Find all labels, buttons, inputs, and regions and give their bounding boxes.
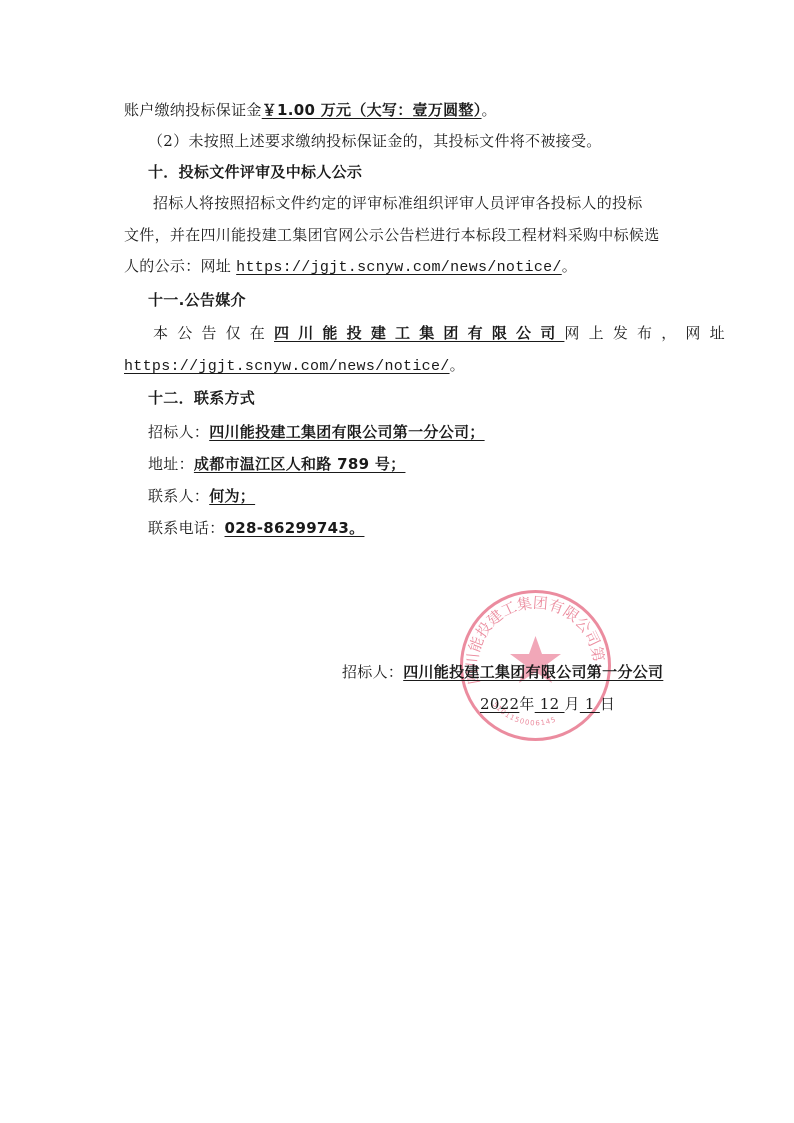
deposit-rule-line: （2）未按照上述要求缴纳投标保证金的，其投标文件将不被接受。 bbox=[148, 131, 602, 151]
url-label: 人的公示：网址 bbox=[124, 257, 236, 275]
signature-tenderer: 招标人：四川能投建工集团有限公司第一分公司 bbox=[342, 662, 663, 682]
month-unit: 月 bbox=[565, 695, 580, 713]
section-10-heading: 十．投标文件评审及中标人公示 bbox=[148, 162, 362, 182]
contact-label: 联系人： bbox=[148, 487, 209, 505]
company-name: 四川能投建工集团有限公司 bbox=[274, 324, 564, 342]
section-12-heading: 十二．联系方式 bbox=[148, 388, 255, 408]
contact-phone: 联系电话：028-86299743。 bbox=[148, 518, 364, 538]
section-11-paragraph-line-2: https://jgjt.scnyw.com/news/notice/。 bbox=[124, 355, 465, 377]
deposit-amount: ￥1.00 万元（大写：壹万圆整） bbox=[262, 101, 482, 119]
contact-person: 联系人：何为； bbox=[148, 486, 255, 506]
address-label: 地址： bbox=[148, 455, 194, 473]
period: 。 bbox=[562, 257, 577, 275]
section-10-paragraph-line-3: 人的公示：网址 https://jgjt.scnyw.com/news/noti… bbox=[124, 256, 577, 278]
day-unit: 日 bbox=[600, 695, 615, 713]
contact-value: 何为； bbox=[209, 487, 255, 505]
section-10-paragraph-line-1: 招标人将按照招标文件约定的评审标准组织评审人员评审各投标人的投标 bbox=[153, 193, 643, 213]
date-month: 12 bbox=[535, 695, 565, 713]
section-11-heading: 十一.公告媒介 bbox=[148, 290, 246, 310]
signature-date: 2022年 12 月 1 日 bbox=[480, 694, 615, 714]
tenderer-value: 四川能投建工集团有限公司第一分公司； bbox=[209, 423, 484, 441]
tenderer-label: 招标人： bbox=[148, 423, 209, 441]
date-year: 2022 bbox=[480, 695, 519, 713]
year-unit: 年 bbox=[519, 695, 534, 713]
media-prefix: 本公告仅在 bbox=[153, 324, 274, 342]
deposit-suffix: 。 bbox=[482, 101, 497, 119]
signature-company: 四川能投建工集团有限公司第一分公司 bbox=[403, 663, 663, 681]
deposit-prefix: 账户缴纳投标保证金 bbox=[124, 101, 262, 119]
address-value: 成都市温江区人和路 789 号； bbox=[194, 455, 406, 473]
date-day: 1 bbox=[580, 695, 600, 713]
phone-label: 联系电话： bbox=[148, 519, 225, 537]
section-11-paragraph-line-1: 本公告仅在四川能投建工集团有限公司网上发布，网址 bbox=[153, 323, 734, 343]
contact-tenderer: 招标人：四川能投建工集团有限公司第一分公司； bbox=[148, 422, 485, 442]
contact-address: 地址：成都市温江区人和路 789 号； bbox=[148, 454, 405, 474]
signature-label: 招标人： bbox=[342, 663, 403, 681]
notice-url-link[interactable]: https://jgjt.scnyw.com/news/notice/ bbox=[236, 259, 562, 276]
deposit-line: 账户缴纳投标保证金￥1.00 万元（大写：壹万圆整）。 bbox=[124, 100, 497, 120]
notice-url-link[interactable]: https://jgjt.scnyw.com/news/notice/ bbox=[124, 358, 450, 375]
section-10-paragraph-line-2: 文件，并在四川能投建工集团官网公示公告栏进行本标段工程材料采购中标候选 bbox=[124, 225, 660, 245]
media-suffix: 网上发布，网址 bbox=[564, 324, 733, 342]
phone-value: 028-86299743。 bbox=[225, 519, 365, 537]
period: 。 bbox=[450, 356, 465, 374]
